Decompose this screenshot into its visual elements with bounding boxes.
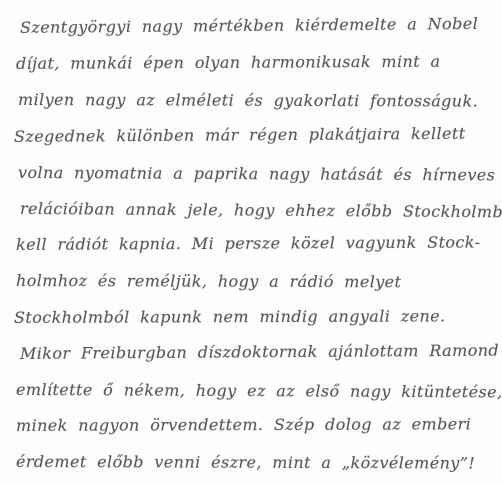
manuscript-page: Szentgyörgyi nagy mértékben kiérdemelte … — [0, 0, 502, 483]
handwritten-line-13: érdemet előbb venni észre, mint a „közvé… — [16, 444, 494, 482]
handwritten-line-8: holmhoz és reméljük, hogy a rádió melyet — [16, 263, 494, 301]
handwritten-line-12: minek nagyon örvendettem. Szép dolog az … — [16, 406, 494, 444]
handwritten-line-9: Stockholmból kapunk nem mindig angyali z… — [14, 298, 494, 336]
handwritten-line-7: kell rádiót kapnia. Mi persze közel vagy… — [16, 225, 494, 264]
handwritten-line-10: Mikor Freiburgban díszdoktornak ajánlott… — [20, 332, 494, 371]
handwritten-line-1: Szentgyörgyi nagy mértékben kiérdemelte … — [20, 6, 494, 46]
handwritten-line-11: említette ő nékem, hogy ez az első nagy … — [16, 372, 494, 411]
handwritten-line-4: Szegednek különben már régen plakátjaira… — [14, 115, 494, 155]
handwritten-line-5: volna nyomatnia a paprika nagy hatását é… — [18, 155, 494, 194]
handwritten-line-2: díjat, munkái épen olyan harmonikusak mi… — [16, 44, 494, 83]
handwritten-line-3: milyen nagy az elméleti és gyakorlati fo… — [18, 82, 494, 120]
